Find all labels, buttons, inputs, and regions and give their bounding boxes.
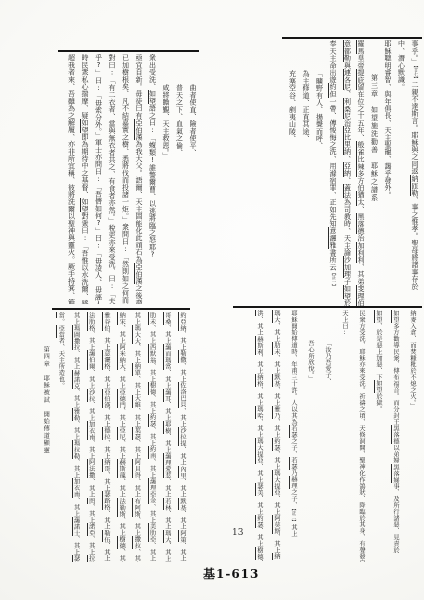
text-run: 、其上 <box>179 446 186 465</box>
proper-name-marked: 亞當 <box>56 325 64 338</box>
proper-name-marked: 瑟路格 <box>102 491 110 510</box>
proper-name-marked: 勒伍 <box>102 530 110 543</box>
text-run: 、其上 <box>88 440 95 459</box>
text-run: 之後裔也。今斧斤 <box>135 284 143 304</box>
proper-name-marked: 布阿斯 <box>132 498 140 517</box>
text-run: 充塞空谷、剷夷山陵、 <box>289 70 297 142</box>
proper-name-marked: 蓋法 <box>343 184 352 198</box>
text-run: 「汝乃吾愛子、 <box>324 340 331 385</box>
proper-name-marked: 如望 <box>80 119 89 133</box>
proper-name-marked: 若林 <box>163 498 171 511</box>
text-run: 、其上 <box>164 434 171 453</box>
proper-name-marked: 瑟美 <box>255 483 263 496</box>
text-run: 治 <box>357 234 365 241</box>
proper-name-marked: 瑟德 <box>72 555 80 562</box>
proper-name-marked: 納哥 <box>102 459 110 472</box>
proper-name-marked: 瑪大提亞 <box>272 470 280 496</box>
proper-name-marked: 亞納 <box>343 162 352 176</box>
text-run: 、於是惡上加惡、下 <box>375 323 382 381</box>
text-run: 、其上 <box>133 478 140 497</box>
proper-name-marked: 約瑟 <box>148 414 156 427</box>
text-run: 方伯 <box>357 177 365 191</box>
text-run: 、其上 <box>118 440 125 459</box>
text-column: 洪、其上赫斯利、其上納格、其上瑪哈、其上瑪大提亞、其上瑟美、其上約瑟、其上樹德、… <box>251 310 268 562</box>
proper-name-marked: 意灑格 <box>102 350 110 369</box>
text-run: 、其上 <box>149 363 156 382</box>
text-run: 為我大父。語爾、天主固能化此頑石為 <box>135 140 143 262</box>
text-run: 「曠野有人、揚聲而呼、 <box>316 70 324 149</box>
page-top-rule <box>58 50 199 52</box>
text-run: 、其上 <box>103 408 110 427</box>
proper-name-marked: 撒拉 <box>132 536 140 549</box>
text-run: 、其上 <box>118 549 125 562</box>
proper-name-marked: 瑪圖撒拉 <box>72 325 80 351</box>
text-run: 、其上 <box>73 350 80 369</box>
text-run: 、其上 <box>133 549 140 562</box>
proper-name-marked: 納 <box>272 553 280 559</box>
text-run: 、其上 <box>256 560 263 562</box>
proper-name-marked: 猶太 <box>356 191 365 205</box>
page-top-right: 事乎。」【廿七】二親不達斯言。耶穌與之同返納匝勒、事之惟孝。聖母將諸事存於中、潛… <box>282 40 422 306</box>
text-run: 。 <box>57 318 64 324</box>
proper-name-marked: 藹諾士 <box>72 517 80 536</box>
note-marker: 【註二】 <box>291 508 296 524</box>
proper-name-marked: 連各尼 <box>343 69 352 91</box>
text-run: 、事之惟孝。聖母將諸事存於 <box>411 196 419 290</box>
text-run: 之子、 <box>290 438 297 457</box>
text-run: 、其上 <box>103 472 110 491</box>
proper-name-marked: 哥桑 <box>163 312 171 325</box>
text-run: 第四章 耶穌被試 開始傳道顯靈 <box>42 346 49 454</box>
text-run: 、其上 <box>73 389 80 408</box>
proper-name-marked: 若瑟 <box>289 457 297 470</box>
proper-name-marked: 樹德 <box>117 536 125 549</box>
note-marker: 【廿七】 <box>413 65 418 81</box>
text-run: 普天之下、血氣之倫、 <box>176 84 184 156</box>
text-column: 充塞空谷、剷夷山陵、 <box>285 40 299 306</box>
proper-name-marked: 亞尼 <box>117 427 125 440</box>
text-column: 羅馬皇帝提庇留在位之十五年、般雀比辣多方伯猶太、黑落德治加利利、其弟斐理伯治 <box>354 40 368 306</box>
text-column: 「汝乃吾愛子、 <box>319 310 336 562</box>
text-run: 即為期待中之基督、 <box>81 133 89 198</box>
text-column: 納宋、其上阿米納大、其上亞德門、其上亞尼、其上赫斯龍、其上法勒斯、其上樹德、其上 <box>114 312 129 562</box>
proper-name-marked: 藹理亞金 <box>148 478 156 504</box>
proper-name-marked: 赫諾克 <box>72 370 80 389</box>
proper-name-marked: 亞伯漢 <box>134 119 143 141</box>
text-run: 、其上 <box>88 331 95 350</box>
proper-name-marked: 約瑟 <box>255 515 263 528</box>
text-column: 其上瑪圖撒拉、其上赫諾克、其上雅勒、其上瑪拉勒、其上加衣南、其上藹諾士、其上瑟德… <box>68 312 83 562</box>
text-run: 、其上 <box>273 419 280 438</box>
page-top-rule <box>233 306 422 308</box>
proper-name-marked: 如望 <box>343 285 352 299</box>
proper-name-marked: 瑪大 <box>272 310 280 323</box>
proper-name-marked: 般雀比辣多 <box>356 141 365 177</box>
text-run: 耶穌開始傳道時、年甫三十許。人以其為 <box>290 310 297 425</box>
proper-name-marked: 耶樹 <box>163 421 171 434</box>
text-run: 乎?」曰:「毋索分外。」軍士亦問曰:「吾儕如何?」曰:「毋凌人、毋誣人、安於餉。… <box>95 54 103 304</box>
text-column: 耶穌聰明睿智、與年俱長、天主聖寵、藹乎發外。 <box>381 40 395 306</box>
text-run: 事乎。」 <box>411 40 419 65</box>
text-run: 耶穌聰明睿智、與年俱長、天主聖寵、藹乎發外。 <box>384 40 392 198</box>
chapter-title-column: 第四章 耶穌被試 開始傳道顯靈 <box>38 312 53 562</box>
proper-name-marked: 黑落德 <box>391 425 399 444</box>
page-bottom-right: 納麥入倉、而焚糠粃於不熄之火。」如望多方勸導民衆、傳布福音。而分封王黑落德以弟婦… <box>233 310 421 562</box>
proper-name-marked: 內里 <box>178 466 186 479</box>
text-column: 雅谷伯、其上意灑格、其上亞伯漢、其上德拉、其上納哥、其上瑟路格、其上勒伍、其上 <box>99 312 114 562</box>
text-run: 、其上 <box>273 355 280 374</box>
text-run: 、其上 <box>273 534 280 553</box>
text-run: 一帶、傳悛悔之洗、用滌宿罪、正如先知 <box>329 98 337 228</box>
text-run: 、其上 <box>164 510 171 529</box>
page-top-rule <box>282 37 422 39</box>
text-run: 二親不達斯言。耶穌與之同返 <box>411 81 419 175</box>
text-run: 多方勸導民衆、傳布福音。而分封王 <box>392 323 399 425</box>
text-column: 法肋格、其上藹伯爾、其上沙拉、其上加衣南、其上阿法撒、其上閃、其上諾亞、其上拉默… <box>84 312 99 562</box>
proper-name-marked: 藹耳 <box>163 389 171 402</box>
proper-name-marked: 德拉 <box>102 427 110 440</box>
proper-name-marked: 肋未 <box>148 312 156 325</box>
text-run: 第三章 如望施洗勸善 耶穌之譜系 <box>371 74 379 202</box>
text-column: 天上曰: <box>336 310 353 562</box>
proper-name-marked: 瑪大大 <box>132 325 140 344</box>
proper-name-marked: 沙加理 <box>343 256 352 278</box>
text-run: 、其上 <box>73 421 80 440</box>
text-run: 、其上 <box>103 331 110 350</box>
text-run: 時民衆私心揣摩、疑 <box>81 54 89 119</box>
text-run: 、其上 <box>164 325 171 344</box>
text-column: 哥桑、其上藹而瑪當、其上藹耳、其上耶樹、其上藹理愛惹、其上若林、其上瑪大、其上 <box>160 312 175 562</box>
proper-name-marked: 約但 <box>328 83 337 97</box>
proper-name-marked: 雅谷伯 <box>102 312 110 331</box>
text-run: 亟宜自新。毋徒曰有 <box>135 54 143 119</box>
text-run: 納麥入倉、而焚糠粃於不熄之火。」 <box>409 310 416 409</box>
proper-name-marked: 瑪哈 <box>255 406 263 419</box>
text-run: 其上 <box>73 312 80 325</box>
proper-name-marked: 加利利 <box>356 242 365 264</box>
proper-name-marked: 如望 <box>148 90 157 104</box>
text-column: 「曠野有人、揚聲而呼、 <box>312 40 326 306</box>
proper-name-marked: 赫斯利 <box>255 336 263 355</box>
text-run: 、其上 <box>118 370 125 389</box>
text-column: 當。亞當者、天主所造也。 <box>53 312 68 562</box>
proper-name-marked: 如望 <box>391 310 399 323</box>
proper-name-marked: 如望 <box>80 198 89 212</box>
text-run: 、其上 <box>118 517 125 536</box>
text-column: 如望多方勸導民衆、傳布福音。而分封王黑落德以弟婦黑落娣事、及所行諸惡、見責於 <box>387 310 404 562</box>
text-run: 已加樹根矣、凡不結嘉實之樹、悉將伐而投諸一炬。」衆問曰:「然則如之何而可?」 <box>122 54 130 304</box>
text-run: 、其上 <box>103 510 110 529</box>
proper-name-marked: 諾亞 <box>87 523 95 536</box>
text-run: 、其上 <box>164 370 171 389</box>
text-run: 、其上 <box>88 370 95 389</box>
text-run: 、 <box>344 90 352 97</box>
proper-name-marked: 雅勒 <box>72 408 80 421</box>
text-run: 皇帝 <box>357 54 365 68</box>
text-run: 與 <box>344 62 352 69</box>
text-run: 曲者使直、險者使平、 <box>189 84 197 156</box>
text-run: 、其上 <box>103 370 110 389</box>
proper-name-marked: 美肋亞 <box>148 523 156 542</box>
proper-name-marked: 樹德 <box>148 382 156 395</box>
proper-name-marked: 亞比里納 <box>343 126 352 155</box>
text-run: 咸將瞻覲、天主救恩。」 <box>162 84 170 160</box>
text-run: 、其上 <box>149 542 156 561</box>
text-run: 、其上 <box>103 440 110 459</box>
proper-name-marked: 瑪拉勒 <box>72 440 80 459</box>
proper-name-marked: 雅乃 <box>272 406 280 419</box>
text-run: 民衆方受洗、耶穌亦來受洗。祈禱之頃、天倏洞開、聖神化作鴿狀、降臨於其身、有聲發自 <box>358 310 365 562</box>
proper-name-marked: 西默翁 <box>148 344 156 363</box>
proper-name-marked: 拉默克 <box>87 555 95 562</box>
proper-name-marked: 阿法撒 <box>87 459 95 478</box>
text-run: 、其上 <box>133 440 140 459</box>
text-run: 、其上 <box>179 478 186 497</box>
text-run: 天上曰: <box>341 310 348 336</box>
page-top-left: 曲者使直、險者使平、普天之下、血氣之倫、咸將瞻覲、天主救恩。」衆出受洗、如望語之… <box>58 54 199 304</box>
text-column: 瑪大、其上肋未、其上默基、其上雅乃、其上約瑟、其上瑪大提亞、其上阿莫斯、其上納 <box>268 310 285 562</box>
proper-name-marked: 若瑟 <box>289 425 297 438</box>
text-column: 普天之下、血氣之倫、 <box>172 54 186 304</box>
proper-name-marked: 納匝勒 <box>410 175 419 197</box>
text-run: 、其上 <box>179 408 186 427</box>
proper-name-marked: 沙拉 <box>87 389 95 402</box>
proper-name-marked: 黑落娣 <box>391 464 399 483</box>
proper-name-marked: 納宋 <box>117 312 125 325</box>
text-run: 、其上 <box>273 387 280 406</box>
text-column: 民衆方受洗、耶穌亦來受洗。祈禱之頃、天倏洞開、聖神化作鴿狀、降臨於其身、有聲發自 <box>353 310 370 562</box>
text-run: 、其上 <box>179 542 186 561</box>
text-run: 、其上 <box>273 451 280 470</box>
text-run: 、其上 <box>273 496 280 515</box>
text-run: 吾心所欣悅。」 <box>307 340 314 382</box>
text-run: 、其上 <box>73 498 80 517</box>
text-run: 、其上 <box>73 459 80 478</box>
text-run: 以弟婦 <box>392 444 399 463</box>
text-column: 衆出受洗、如望語之曰:「蝮類!誰警爾曹、以逃將臨之怒耶? <box>145 54 159 304</box>
text-column: 乎?」曰:「毋索分外。」軍士亦問曰:「吾儕如何?」曰:「毋凌人、毋誣人、安於餉。… <box>91 54 105 304</box>
text-run: 、其上 <box>149 427 156 446</box>
text-run: 在位之十五年、 <box>357 90 365 140</box>
proper-name-marked: 法肋格 <box>87 312 95 331</box>
note-marker: 【註一】 <box>331 270 336 288</box>
proper-name-marked: 沙拉提 <box>178 427 186 446</box>
proper-name-marked: 藹伯爾 <box>87 350 95 369</box>
text-run: 衆出受洗、 <box>149 54 157 90</box>
page-bottom-left: 約亞納、其上勒撒、其上佐洛巴貝、其上沙拉提、其上內里、其上默基、其上阿第、其上哥… <box>33 312 190 562</box>
text-column: 肋未、其上西默翁、其上樹德、其上約瑟、其上約南、其上藹理亞金、其上美肋亞、其上門… <box>144 312 159 562</box>
proper-name-marked: 肋未 <box>272 342 280 355</box>
text-run: 語之曰:「蝮類!誰警爾曹、以逃將臨之怒耶? <box>149 104 157 258</box>
text-run: 、 <box>344 177 352 184</box>
text-run: 於曠野、 <box>344 299 352 306</box>
text-run: 事、及所行諸惡、見責於 <box>392 483 399 553</box>
proper-name-marked: 加衣南 <box>87 421 95 440</box>
proper-name-marked: 赫理 <box>289 476 297 489</box>
proper-name-marked: 藹理愛惹 <box>163 453 171 479</box>
proper-name-marked: 亞伯漢 <box>102 389 110 408</box>
text-run: 、其上 <box>149 325 156 344</box>
proper-name-marked: 赫斯龍 <box>117 459 125 478</box>
text-column: 為主修道、正直其途、 <box>299 40 313 306</box>
text-run: 、其上 <box>164 478 171 497</box>
text-run: 、 <box>357 206 365 213</box>
text-run: 、其上 <box>256 528 263 547</box>
proper-name-marked: 羅馬 <box>356 40 365 54</box>
text-run: 、其上 <box>256 496 263 515</box>
proper-name-marked: 樹德 <box>255 547 263 560</box>
text-column: 約亞納、其上勒撒、其上佐洛巴貝、其上沙拉提、其上內里、其上默基、其上阿第、其上 <box>175 312 190 562</box>
text-run: 、其上 <box>273 323 280 342</box>
text-run: 、其上 <box>133 344 140 363</box>
proper-name-marked: 黑落德 <box>356 213 365 235</box>
text-run: 、其上 <box>256 316 263 335</box>
proper-name-marked: 約瑟 <box>272 438 280 451</box>
text-run: 、其上 <box>88 402 95 421</box>
text-run: 、其上 <box>88 536 95 555</box>
proper-name-marked: 提庇留 <box>356 69 365 91</box>
text-run: 、其上 <box>149 504 156 523</box>
text-run: 子 <box>344 278 352 285</box>
proper-name-marked: 瑪大 <box>163 530 171 543</box>
text-run: 、其上 <box>164 402 171 421</box>
proper-name-marked: 如望 <box>374 310 382 323</box>
proper-name-marked: 阿米納大 <box>117 344 125 370</box>
text-column: 已加樹根矣、凡不結嘉實之樹、悉將伐而投諸一炬。」衆問曰:「然則如之何而可?」 <box>118 54 132 304</box>
text-column: 意都勒與連各尼、利桑尼治亞比里納、亞納、蓋法為司教時、天主諭沙加理子如望於曠野、 <box>340 40 354 306</box>
text-column: 中、潛心默識。 <box>394 40 408 306</box>
proper-name-marked: 勒撒 <box>178 350 186 363</box>
text-run: 、其上 <box>179 510 186 529</box>
proper-name-marked: 大維 <box>132 395 140 408</box>
text-run: 為司教時、天主諭 <box>344 198 352 256</box>
proper-name-marked: 如望 <box>374 380 382 393</box>
proper-name-marked: 意都勒 <box>343 40 352 62</box>
proper-name-marked: 默基 <box>178 498 186 511</box>
page-number: 基1-613 <box>203 565 259 582</box>
text-column: 超我者來、吾雖為之解履、亦非所宜稱、彼將洗爾以聖神與靈火。厥手持箕、簸汰其場、 <box>64 54 78 304</box>
text-run: 、其上 <box>88 478 95 497</box>
text-run: 、其上 <box>256 355 263 374</box>
proper-name-marked: 利桑尼 <box>343 98 352 120</box>
text-run: 、其上 <box>179 363 186 382</box>
proper-name-marked: 法勒斯 <box>117 498 125 517</box>
text-column: 咸將瞻覲、天主救恩。」 <box>159 54 173 304</box>
text-run: 、其上 <box>256 464 263 483</box>
proper-name-marked: 斐理伯 <box>356 285 365 306</box>
page-top-rule <box>52 308 190 310</box>
text-run: 、其上 <box>103 542 110 561</box>
text-column: 其上瑪大大、其上納單、其上大維、其上葉瑟、其上阿貝得、其上布阿斯、其上撒拉、其上 <box>129 312 144 562</box>
text-run: 、其上 <box>133 376 140 395</box>
chapter-title-column: 第三章 如望施洗勸善 耶穌之譜系 <box>367 40 381 306</box>
stray-mark: 13 <box>232 528 243 538</box>
text-run: 、其上 <box>149 459 156 478</box>
text-run: 為主修道、正直其途、 <box>302 70 310 142</box>
text-column: 奉天主命出遊約但一帶、傳悛悔之洗、用滌宿罪、正如先知意灑雅書所云【註一】 <box>326 40 341 306</box>
text-run: 、其上 <box>73 536 80 555</box>
text-column: 對曰:「有二衣者、當與無衣者共之、有食者亦然。」稅吏亦來受洗、曰:「夫子、吾當何… <box>105 54 119 304</box>
text-run: 於獄。 <box>375 393 382 412</box>
text-run: 、其弟 <box>357 263 365 285</box>
text-run: 、其上 <box>88 504 95 523</box>
text-run: 者、天主所造也。 <box>57 338 64 389</box>
text-column: 納麥入倉、而焚糠粃於不熄之火。」 <box>404 310 421 562</box>
text-run: 之子、 <box>290 489 297 508</box>
text-run: 、其上 <box>118 325 125 344</box>
text-column: 亟宜自新。毋徒曰有亞伯漢為我大父。語爾、天主固能化此頑石為亞伯漢之後裔也。今斧斤 <box>132 54 146 304</box>
proper-name-marked: 亞伯漢 <box>134 263 143 285</box>
text-run: 其上 <box>133 312 140 325</box>
proper-name-marked: 納單 <box>132 363 140 376</box>
text-run: 、其上 <box>133 408 140 427</box>
text-run: 對曰:「有二衣者、當與無衣者共之、有食者亦然。」稅吏亦來受洗、曰:「夫子、吾當何… <box>108 54 116 304</box>
text-run: 、其上 <box>118 478 125 497</box>
proper-name-marked: 佐洛巴貝 <box>178 382 186 408</box>
text-run: 、其上 <box>118 408 125 427</box>
proper-name-marked: 葉瑟 <box>132 427 140 440</box>
text-run: 、其上 <box>256 387 263 406</box>
text-column: 如望、於是惡上加惡、下如望於獄。 <box>370 310 387 562</box>
text-column: 耶穌開始傳道時、年甫三十許。人以其為若瑟之子、若瑟乃赫理之子、【註二】其上 <box>285 310 302 562</box>
text-run: 、其上 <box>149 395 156 414</box>
text-column: 吾心所欣悅。」 <box>302 310 319 562</box>
proper-name-marked: 默基 <box>272 374 280 387</box>
proper-name-marked: 阿第 <box>178 530 186 543</box>
proper-name-marked: 意灑雅 <box>328 227 337 249</box>
proper-name-marked: 阿貝得 <box>132 459 140 478</box>
text-column: 事乎。」【廿七】二親不達斯言。耶穌與之同返納匝勒、事之惟孝。聖母將諸事存於 <box>408 40 423 306</box>
proper-name-marked: 加衣南 <box>72 478 80 497</box>
proper-name-marked: 瑪大提亞 <box>255 438 263 464</box>
text-column: 曲者使直、險者使平、 <box>186 54 200 304</box>
scanned-book-spread: { "document": { "kind": "scanned classic… <box>0 0 424 600</box>
proper-name-marked: 藹而瑪當 <box>163 344 171 370</box>
text-column: 時民衆私心揣摩、疑如望即為期待中之基督、如望對衆曰:「吾惟以水洗爾、將有威力 <box>78 54 92 304</box>
proper-name-marked: 亞德門 <box>117 389 125 408</box>
text-run: 奉天主命出遊 <box>329 40 337 83</box>
text-run: 、其上 <box>179 331 186 350</box>
proper-name-marked: 約亞納 <box>178 312 186 331</box>
text-run: 對衆曰:「吾惟以水洗爾、將有威力 <box>81 212 89 304</box>
text-run: 書所云 <box>329 249 337 271</box>
text-run: 中、潛心默識。 <box>398 40 406 90</box>
text-run: 、其上 <box>133 517 140 536</box>
proper-name-marked: 納格 <box>255 374 263 387</box>
text-run: 超我者來、吾雖為之解履、亦非所宜稱、彼將洗爾以聖神與靈火。厥手持箕、簸汰其場、 <box>68 54 76 304</box>
text-run: 、其上 <box>256 419 263 438</box>
text-run: 、其上 <box>164 543 171 562</box>
proper-name-marked: 約南 <box>148 446 156 459</box>
proper-name-marked: 阿莫斯 <box>272 515 280 534</box>
text-run: 其上 <box>290 524 297 537</box>
